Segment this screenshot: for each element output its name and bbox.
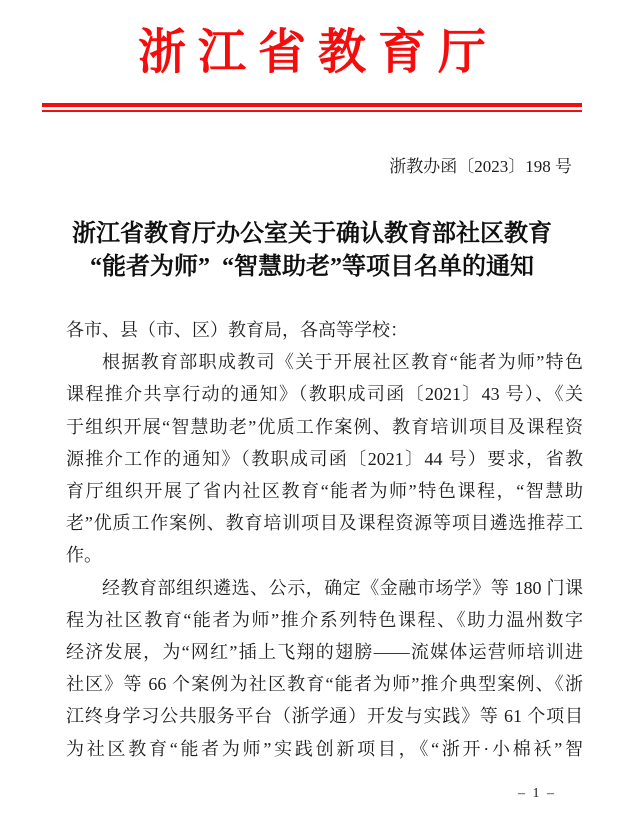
salutation-line: 各市、县（市、区）教育局，各高等学校： xyxy=(66,314,583,346)
page-number: – 1 – xyxy=(518,786,556,802)
body-line: 于组织开展“智慧助老”优质工作案例、教育培训项目及课程资 xyxy=(66,411,583,443)
body-line: 经济发展，为“网红”插上飞翔的翅膀——流媒体运营师培训进 xyxy=(66,636,583,668)
body-line: 江终身学习公共服务平台（浙学通）开发与实践》等 61 个项目 xyxy=(66,700,583,732)
body-line: 源推介工作的通知》（教职成司函〔2021〕44 号）要求，省教 xyxy=(66,443,583,475)
rule-thin-line xyxy=(42,110,582,112)
document-header-org-name: 浙江省教育厅 xyxy=(0,0,624,84)
body-line: 老”优质工作案例、教育培训项目及课程资源等项目遴选推荐工 xyxy=(66,507,583,539)
body-line: 作。 xyxy=(66,539,583,571)
body-line: 经教育部组织遴选、公示，确定《金融市场学》等 180 门课 xyxy=(66,572,583,604)
rule-thick-line xyxy=(42,103,582,107)
body-line: 程为社区教育“能者为师”推介系列特色课程、《助力温州数字 xyxy=(66,604,583,636)
document-body: 各市、县（市、区）教育局，各高等学校： 根据教育部职成教司《关于开展社区教育“能… xyxy=(66,314,583,765)
document-reference-number: 浙教办函〔2023〕198 号 xyxy=(0,156,624,178)
body-line: 根据教育部职成教司《关于开展社区教育“能者为师”特色 xyxy=(66,346,583,378)
body-paragraphs: 根据教育部职成教司《关于开展社区教育“能者为师”特色课程推介共享行动的通知》（教… xyxy=(66,346,583,765)
body-line: 课程推介共享行动的通知》（教职成司函〔2021〕43 号）、《关 xyxy=(66,378,583,410)
official-document-page: 浙江省教育厅 浙教办函〔2023〕198 号 浙江省教育厅办公室关于确认教育部社… xyxy=(0,0,624,830)
header-double-rule xyxy=(42,103,582,112)
body-line: 社区》等 66 个案例为社区教育“能者为师”推介典型案例、《浙 xyxy=(66,668,583,700)
body-line: 为社区教育“能者为师”实践创新项目，《“浙开·小棉袄”智 xyxy=(66,733,583,765)
document-title: 浙江省教育厅办公室关于确认教育部社区教育 “能者为师” “智慧助老”等项目名单的… xyxy=(0,218,624,284)
document-title-line2: “能者为师” “智慧助老”等项目名单的通知 xyxy=(0,251,624,284)
document-title-line1: 浙江省教育厅办公室关于确认教育部社区教育 xyxy=(0,218,624,251)
body-line: 育厅组织开展了省内社区教育“能者为师”特色课程，“智慧助 xyxy=(66,475,583,507)
